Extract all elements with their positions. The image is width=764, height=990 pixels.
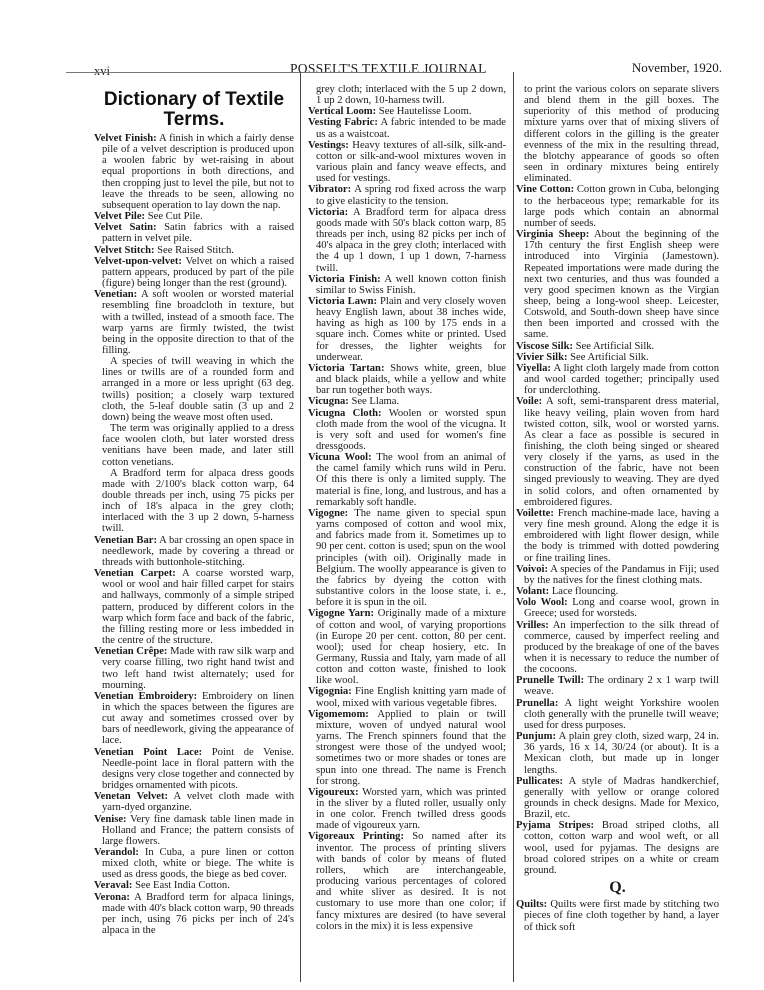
dictionary-entry: Venise: Very fine damask table linen mad… bbox=[94, 814, 294, 847]
entry-term: Victoria Lawn: bbox=[308, 296, 377, 307]
entry-term: Virginia Sheep: bbox=[516, 229, 589, 240]
entry-definition: A species of the Pandamus in Fiji; used … bbox=[524, 564, 719, 586]
header-rule bbox=[66, 72, 482, 73]
dictionary-entry: Vesting Fabric: A fabric intended to be … bbox=[308, 117, 506, 139]
entry-term: Venetian Crêpe: bbox=[94, 646, 167, 657]
dictionary-entry: Velvet Satin: Satin fabrics with a raise… bbox=[94, 222, 294, 244]
entry-definition: See Hautelisse Loom. bbox=[376, 106, 471, 117]
entry-definition: Very fine damask table linen made in Hol… bbox=[102, 814, 294, 847]
dictionary-entry: Viyella: A light cloth largely made from… bbox=[516, 363, 719, 396]
entry-paragraph: The term was originally applied to a dre… bbox=[94, 423, 294, 468]
entry-term: Punjum: bbox=[516, 731, 556, 742]
dictionary-entry: Vigogne: The name given to special spun … bbox=[308, 508, 506, 608]
entry-term: Vivier Silk: bbox=[516, 352, 568, 363]
entry-term: Vicugna Cloth: bbox=[308, 408, 382, 419]
dictionary-entry: Victoria Tartan: Shows white, green, blu… bbox=[308, 363, 506, 396]
entry-term: Venetian Embroidery: bbox=[94, 691, 197, 702]
dictionary-entry: Velvet Stitch: See Raised Stitch. bbox=[94, 245, 294, 256]
entry-definition: French machine-made lace, having a very … bbox=[524, 508, 719, 564]
dictionary-entry: Velvet Pile: See Cut Pile. bbox=[94, 211, 294, 222]
entry-term: Vesting Fabric: bbox=[308, 117, 378, 128]
entry-term: Vrilles: bbox=[516, 620, 549, 631]
dictionary-entry: Volo Wool: Long and coarse wool, grown i… bbox=[516, 597, 719, 619]
entry-term: Volant: bbox=[516, 586, 549, 597]
entry-term: Velvet Stitch: bbox=[94, 245, 155, 256]
entry-definition: An imperfection to the silk thread of co… bbox=[524, 620, 719, 676]
entry-definition: See Cut Pile. bbox=[145, 211, 203, 222]
entry-term: Velvet Finish: bbox=[94, 133, 157, 144]
column-divider bbox=[513, 72, 514, 982]
entry-definition: The name given to special spun yarns com… bbox=[316, 508, 506, 608]
dictionary-entry: Volant: Lace flouncing. bbox=[516, 586, 719, 597]
entry-term: Venise: bbox=[94, 814, 127, 825]
column-2: grey cloth; interlaced with the 5 up 2 d… bbox=[308, 84, 506, 932]
entry-term: Velvet Pile: bbox=[94, 211, 145, 222]
entry-definition: Originally made of a mixture of cotton a… bbox=[316, 608, 506, 686]
dictionary-entry: Voivoi: A species of the Pandamus in Fij… bbox=[516, 564, 719, 586]
dictionary-entry: Vicugna: See Llama. bbox=[308, 396, 506, 407]
dictionary-entry: Veraval: See East India Cotton. bbox=[94, 880, 294, 891]
dictionary-entry: Vigogne Yarn: Originally made of a mixtu… bbox=[308, 608, 506, 686]
entry-term: Verandol: bbox=[94, 847, 139, 858]
dictionary-entry: Prunelle Twill: The ordinary 2 x 1 warp … bbox=[516, 675, 719, 697]
entry-term: Volo Wool: bbox=[516, 597, 568, 608]
dictionary-entry: Venetian Carpet: A coarse worsted warp, … bbox=[94, 568, 294, 646]
entry-term: Velvet Satin: bbox=[94, 222, 157, 233]
dictionary-entry: Vivier Silk: See Artificial Silk. bbox=[516, 352, 719, 363]
entry-term: Voilette: bbox=[516, 508, 554, 519]
dictionary-entry: Venetian Point Lace: Point de Venise. Ne… bbox=[94, 747, 294, 792]
entry-definition: See East India Cotton. bbox=[132, 880, 229, 891]
entry-term: Vigogne: bbox=[308, 508, 348, 519]
entry-term: Venetian: bbox=[94, 289, 137, 300]
column-1: Dictionary of Textile Terms. Velvet Fini… bbox=[94, 84, 294, 936]
dictionary-entry: Venetian Bar: A bar crossing an open spa… bbox=[94, 535, 294, 568]
dictionary-entry: Victoria Finish: A well known cotton fin… bbox=[308, 274, 506, 296]
page-header: xvi POSSELT'S TEXTILE JOURNAL November, … bbox=[92, 60, 722, 80]
entry-term: Vertical Loom: bbox=[308, 106, 376, 117]
entry-definition: A light cloth largely made from cotton a… bbox=[524, 363, 719, 396]
entry-definition: Applied to plain or twill mixture, woven… bbox=[316, 709, 506, 787]
dictionary-entry: Vestings: Heavy textures of all-silk, si… bbox=[308, 140, 506, 185]
dictionary-entry: Vicuna Wool: The wool from an animal of … bbox=[308, 452, 506, 508]
entry-definition: About the beginning of the 17th century … bbox=[524, 229, 719, 340]
entry-term: Voile: bbox=[516, 396, 542, 407]
article-title: Dictionary of Textile Terms. bbox=[94, 90, 294, 130]
dictionary-entry: Venetian Crêpe: Made with raw silk warp … bbox=[94, 646, 294, 691]
dictionary-entry: Vigomemom: Applied to plain or twill mix… bbox=[308, 709, 506, 787]
entry-term: Victoria: bbox=[308, 207, 348, 218]
dictionary-entry: Velvet Finish: A finish in which a fairl… bbox=[94, 133, 294, 211]
continued-text: to print the various colors on separate … bbox=[516, 84, 719, 184]
entry-definition: See Llama. bbox=[349, 396, 399, 407]
entry-definition: A Bradford term for alpaca linings, made… bbox=[102, 892, 294, 936]
dictionary-entry: Vigognia: Fine English knitting yarn mad… bbox=[308, 686, 506, 708]
entry-term: Prunella: bbox=[516, 698, 558, 709]
entry-term: Venetian Carpet: bbox=[94, 568, 176, 579]
entry-term: Voivoi: bbox=[516, 564, 548, 575]
dictionary-entry: Viscose Silk: See Artificial Silk. bbox=[516, 341, 719, 352]
dictionary-entry: Voile: A soft, semi-transparent dress ma… bbox=[516, 396, 719, 508]
entry-term: Vigognia: bbox=[308, 686, 352, 697]
entry-term: Viyella: bbox=[516, 363, 551, 374]
dictionary-entry: Pullicates: A style of Madras handkerchi… bbox=[516, 776, 719, 821]
entry-term: Venetan Velvet: bbox=[94, 791, 168, 802]
entry-term: Victoria Tartan: bbox=[308, 363, 384, 374]
entry-definition: See Artificial Silk. bbox=[573, 341, 654, 352]
section-letter: Q. bbox=[516, 882, 719, 893]
continued-text: grey cloth; interlaced with the 5 up 2 d… bbox=[308, 84, 506, 106]
dictionary-entry: Vrilles: An imperfection to the silk thr… bbox=[516, 620, 719, 676]
dictionary-entry: Venetian Embroidery: Embroidery on linen… bbox=[94, 691, 294, 747]
entry-term: Vicuna Wool: bbox=[308, 452, 372, 463]
entry-definition: Quilts were first made by stitching two … bbox=[524, 899, 719, 932]
entry-term: Quilts: bbox=[516, 899, 547, 910]
entry-term: Pullicates: bbox=[516, 776, 563, 787]
entry-term: Prunelle Twill: bbox=[516, 675, 584, 686]
dictionary-entry: Prunella: A light weight Yorkshire woole… bbox=[516, 698, 719, 731]
dictionary-entry: Voilette: French machine-made lace, havi… bbox=[516, 508, 719, 564]
dictionary-entry: Quilts: Quilts were first made by stitch… bbox=[516, 899, 719, 932]
entry-paragraph: A species of twill weaving in which the … bbox=[94, 356, 294, 423]
column-3: to print the various colors on separate … bbox=[516, 84, 719, 933]
dictionary-entry: Velvet-upon-velvet: Velvet on which a ra… bbox=[94, 256, 294, 289]
dictionary-entry: Venetian: A soft woolen or worsted mater… bbox=[94, 289, 294, 356]
entry-term: Vicugna: bbox=[308, 396, 349, 407]
entry-definition: A finish in which a fairly dense pile of… bbox=[102, 133, 294, 211]
entry-definition: Lace flouncing. bbox=[549, 586, 618, 597]
dictionary-entry: Vertical Loom: See Hautelisse Loom. bbox=[308, 106, 506, 117]
entry-term: Pyjama Stripes: bbox=[516, 820, 594, 831]
entry-definition: See Raised Stitch. bbox=[155, 245, 234, 256]
dictionary-entry: Punjum: A plain grey cloth, sized warp, … bbox=[516, 731, 719, 776]
entry-term: Vibrator: bbox=[308, 184, 351, 195]
dictionary-entry: Virginia Sheep: About the beginning of t… bbox=[516, 229, 719, 341]
dictionary-entry: Vicugna Cloth: Woolen or worsted spun cl… bbox=[308, 408, 506, 453]
entry-paragraph: A Bradford term for alpaca dress goods m… bbox=[94, 468, 294, 535]
entry-definition: So named after its inventor. The process… bbox=[316, 831, 506, 931]
dictionary-entry: Vigoreaux Printing: So named after its i… bbox=[308, 831, 506, 931]
entry-definition: See Artificial Silk. bbox=[568, 352, 649, 363]
entry-term: Velvet-upon-velvet: bbox=[94, 256, 182, 267]
entry-term: Vigogne Yarn: bbox=[308, 608, 374, 619]
entry-term: Venetian Point Lace: bbox=[94, 747, 202, 758]
entry-term: Viscose Silk: bbox=[516, 341, 573, 352]
dictionary-entry: Verandol: In Cuba, a pure linen or cotto… bbox=[94, 847, 294, 880]
dictionary-entry: Victoria Lawn: Plain and very closely wo… bbox=[308, 296, 506, 363]
entry-term: Vigoureux: bbox=[308, 787, 359, 798]
entry-term: Vigoreaux Printing: bbox=[308, 831, 404, 842]
entry-definition: A soft, semi-transparent dress material,… bbox=[524, 396, 719, 507]
entry-term: Vigomemom: bbox=[308, 709, 369, 720]
dictionary-entry: Vigoureux: Worsted yarn, which was print… bbox=[308, 787, 506, 832]
dictionary-entry: Pyjama Stripes: Broad striped cloths, al… bbox=[516, 820, 719, 876]
column-divider bbox=[300, 72, 301, 982]
dictionary-entry: Vine Cotton: Cotton grown in Cuba, belon… bbox=[516, 184, 719, 229]
journal-title: POSSELT'S TEXTILE JOURNAL bbox=[290, 61, 487, 77]
entry-term: Vestings: bbox=[308, 140, 349, 151]
issue-date: November, 1920. bbox=[632, 60, 722, 76]
entry-term: Verona: bbox=[94, 892, 130, 903]
dictionary-entry: Victoria: A Bradford term for alpaca dre… bbox=[308, 207, 506, 274]
dictionary-entry: Venetan Velvet: A velvet cloth made with… bbox=[94, 791, 294, 813]
entry-definition: A coarse worsted warp, wool or wool and … bbox=[102, 568, 294, 646]
entry-term: Venetian Bar: bbox=[94, 535, 157, 546]
dictionary-entry: Vibrator: A spring rod fixed across the … bbox=[308, 184, 506, 206]
entry-term: Veraval: bbox=[94, 880, 132, 891]
dictionary-entry: Verona: A Bradford term for alpaca linin… bbox=[94, 892, 294, 937]
entry-term: Victoria Finish: bbox=[308, 274, 381, 285]
entry-term: Vine Cotton: bbox=[516, 184, 574, 195]
